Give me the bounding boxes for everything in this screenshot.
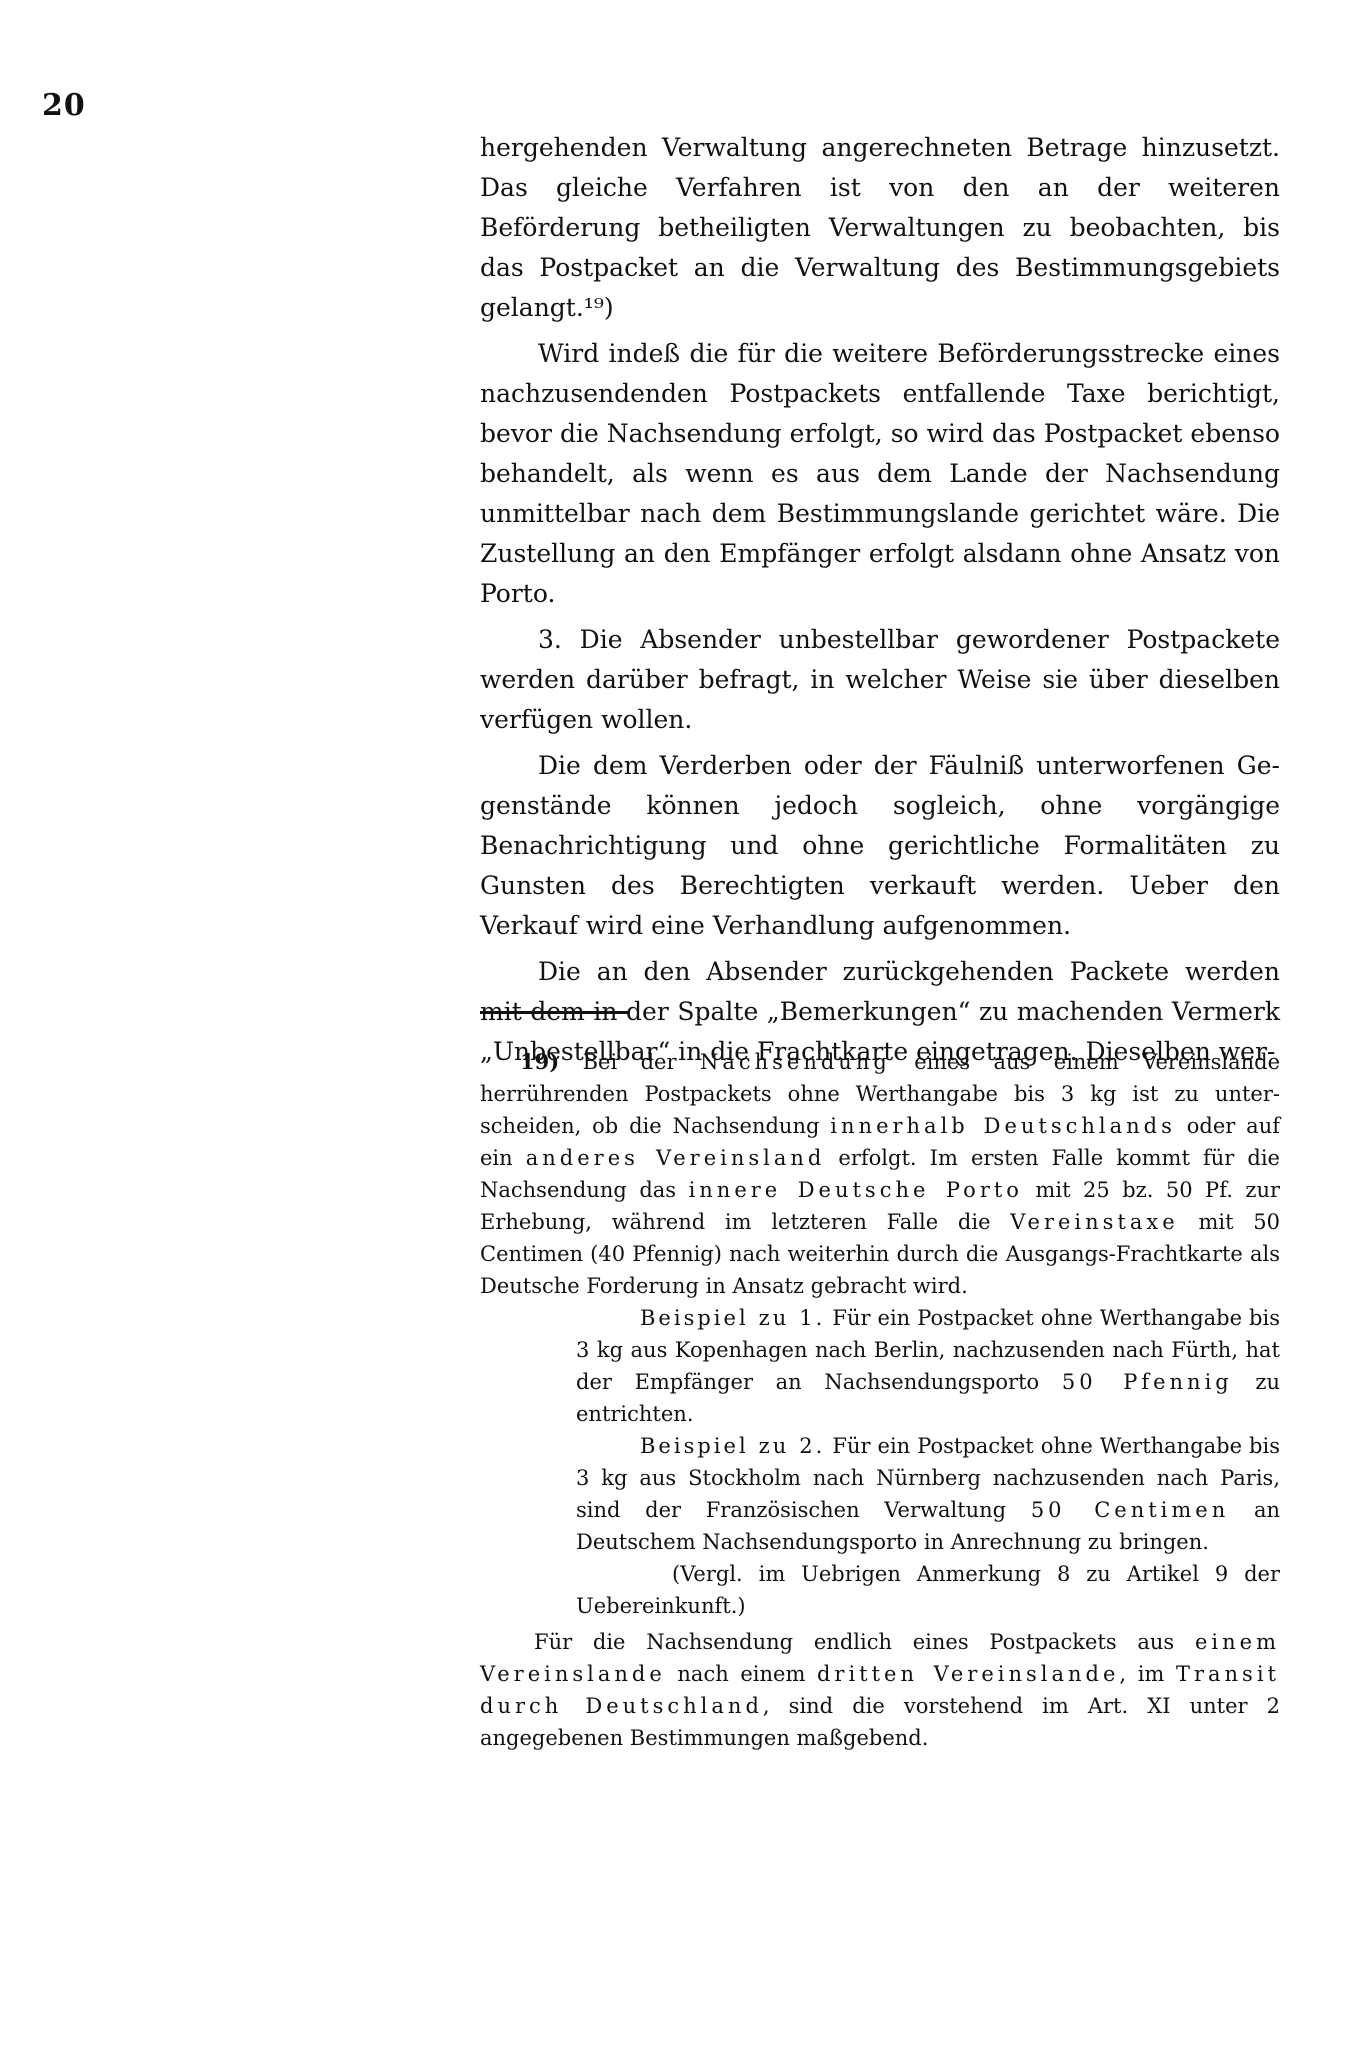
example-1-label: Beispiel zu 1. <box>640 1306 825 1330</box>
paragraph-continuation: hergehenden Verwaltung angerechneten Bet… <box>480 128 1280 328</box>
spaced-emphasis: innerhalb Deutschlands <box>830 1114 1176 1138</box>
paragraph-perishable-goods: Die dem Verderben oder der Fäulniß unter… <box>480 746 1280 946</box>
paragraph-forwarding-tax: Wird indeß die für die weitere Beförderu… <box>480 334 1280 614</box>
spaced-emphasis: Vereinstaxe <box>1010 1210 1178 1234</box>
footnote-19: 19) Bei der Nachsendung eines aus einem … <box>480 1046 1280 1302</box>
closing-paragraph: Für die Nachsendung endlich eines Postpa… <box>480 1626 1280 1754</box>
paragraph-undeliverable: 3. Die Absender unbestellbar gewordener … <box>480 620 1280 740</box>
spaced-emphasis: anderes Vereinsland <box>526 1146 826 1170</box>
text-run: nach einem <box>666 1662 817 1686</box>
closing-text: Für die Nachsendung endlich eines Postpa… <box>480 1630 1280 1750</box>
spaced-emphasis: innere Deutsche Porto <box>689 1178 1023 1202</box>
example-1: Beispiel zu 1. Für ein Postpacket ohne W… <box>576 1302 1280 1430</box>
cross-reference: (Vergl. im Uebrigen Anmerkung 8 zu Artik… <box>576 1558 1280 1622</box>
main-text: hergehenden Verwaltung angerechneten Bet… <box>480 128 1280 1078</box>
example-2: Beispiel zu 2. Für ein Postpacket ohne W… <box>576 1430 1280 1558</box>
spaced-emphasis: Nachsendung <box>700 1050 891 1074</box>
footnote-number: 19) <box>520 1049 559 1074</box>
spaced-emphasis: 50 Pfennig <box>1062 1370 1233 1394</box>
spaced-emphasis: 50 Centimen <box>1031 1498 1229 1522</box>
text-run: , im <box>1119 1662 1176 1686</box>
example-2-label: Beispiel zu 2. <box>640 1434 825 1458</box>
spaced-emphasis: dritten Vereinslande <box>817 1662 1119 1686</box>
text-run: Für die Nachsendung endlich eines Postpa… <box>534 1630 1195 1654</box>
footnotes: 19) Bei der Nachsendung eines aus einem … <box>480 1046 1280 1754</box>
page-number: 20 <box>42 88 86 123</box>
text-run: Bei der <box>583 1050 700 1074</box>
footnote-19-text: Bei der Nachsendung eines aus einem Vere… <box>480 1050 1280 1298</box>
footnote-rule <box>480 1011 628 1014</box>
